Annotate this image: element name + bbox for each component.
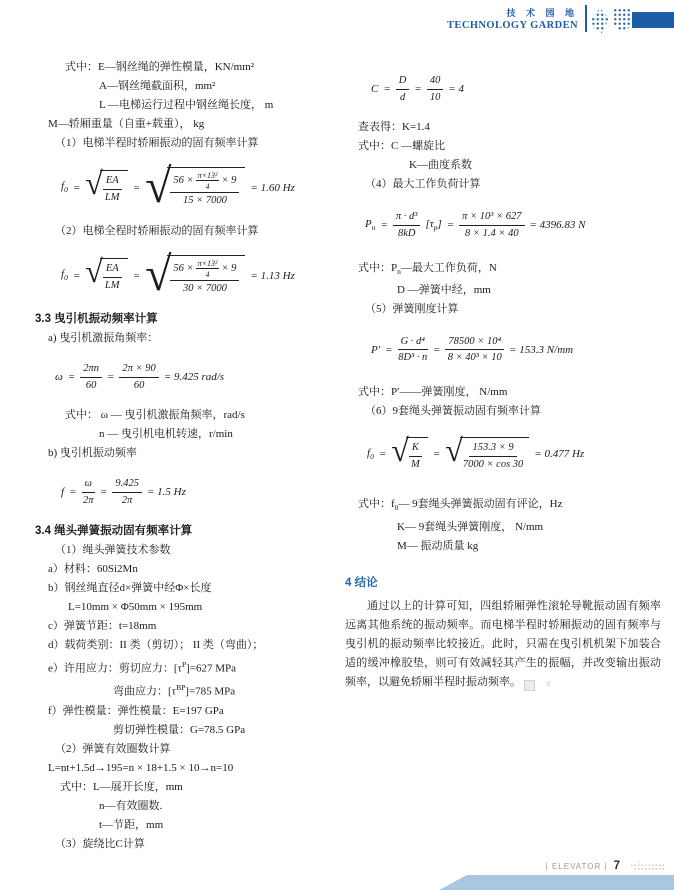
sqrt-term: EALM: [85, 258, 127, 292]
list-item: f）弹性模量：弹性模量：E=197 GPa: [48, 702, 340, 721]
symbol-note-line: D —弹簧中经，mm: [397, 281, 661, 300]
journal-name: | ELEVATOR |: [546, 862, 608, 871]
formula-car-full-frequency: f0 = EALM = 56 ×π×13²4× 930 × 7000 = 1.1…: [61, 255, 340, 296]
symbol-note-line: 式中：E—钢丝绳的弹性模量，KN/mm²: [65, 58, 340, 77]
symbol-note-line: A—钢丝绳截面积，mm²: [99, 77, 340, 96]
header-dots-icon: [591, 8, 631, 33]
fraction: 2π × 9060: [119, 362, 158, 392]
list-item: （2）电梯全程时轿厢振动的固有频率计算: [55, 222, 340, 241]
section-heading-conclusion: 4 结论: [345, 574, 661, 593]
equals-sign: =: [107, 371, 114, 383]
section-heading-3-3: 3.3 曳引机振动频率计算: [35, 310, 340, 329]
symbol-note-line: n—有效圈数.: [99, 797, 340, 816]
page-footer: | ELEVATOR | 7: [546, 860, 620, 872]
end-of-article-icon: [524, 680, 535, 691]
symbol-note-line: M—轿厢重量（自重+载重）， kg: [48, 115, 340, 134]
equals-sign: =: [68, 371, 75, 383]
equals-sign: =: [100, 486, 107, 498]
formula-lhs: C: [371, 83, 378, 95]
list-item: d）载荷类别：II 类（剪切）； II 类（弯曲）；: [48, 636, 340, 655]
bracket-term: [τp]: [425, 218, 441, 232]
list-item: （2）弹簧有效圈数计算: [55, 740, 340, 759]
text-line: 查表得：K=1.4: [358, 118, 661, 137]
sqrt-term: EALM: [85, 170, 127, 204]
list-item: （6）9套绳头弹簧振动固有频率计算: [365, 402, 661, 421]
fraction: G · d⁴8D³ · n: [398, 335, 428, 365]
section-title-cn: 技 术 园 地: [447, 6, 578, 19]
list-item: e）许用应力：剪切应力：[τP]=627 MPa: [48, 655, 340, 679]
list-item: a）材料：60Si2Mn: [48, 560, 340, 579]
list-item: （1）绳头弹簧技术参数: [55, 541, 340, 560]
fraction: 2πn60: [80, 362, 102, 392]
formula-spring-index: C = Dd = 4010 = 4: [371, 74, 661, 104]
symbol-note-line: 式中：Pn—最大工作负荷，N: [358, 259, 661, 281]
formula-spring-natural-frequency: f0 = KM = 153.3 × 97000 × cos 30 = 0.477…: [367, 437, 661, 471]
formula-lhs: f0: [61, 180, 68, 194]
left-column: 式中：E—钢丝绳的弹性模量，KN/mm² A—钢丝绳截面积，mm² L —电梯运…: [35, 58, 340, 854]
footer-dots-icon: [630, 860, 666, 872]
list-item: L=10mm × Φ50mm × 195mm: [68, 598, 340, 617]
symbol-note-line: 式中：P′——弹簧刚度， N/mm: [358, 383, 661, 402]
footer-accent-band: [439, 875, 674, 890]
symbol-note-line: 式中：C —螺旋比: [358, 137, 661, 156]
sqrt-term: 153.3 × 97000 × cos 30: [445, 437, 529, 471]
fraction: π · d³8kD: [393, 210, 421, 240]
formula-lhs: ω: [55, 371, 63, 383]
list-item: L=nt+1.5d→195=n × 18+1.5 × 10→n=10: [48, 759, 340, 778]
symbol-note-line: K— 9套绳头弹簧刚度， N/mm: [397, 518, 661, 537]
fraction: 9.4252π: [112, 477, 142, 507]
formula-result: = 1.60 Hz: [250, 182, 294, 194]
formula-result: = 153.3 N/mm: [509, 344, 573, 356]
formula-max-load: Pn = π · d³8kD [τp] = π × 10³ × 6278 × 1…: [365, 210, 661, 240]
fraction: 4010: [427, 74, 444, 104]
formula-result: = 1.13 Hz: [250, 270, 294, 282]
symbol-note-line: M— 振动质量 kg: [397, 537, 661, 556]
dot-cluster-icon: [591, 8, 609, 33]
symbol-note-line: 式中： ω — 曳引机激振角频率，rad/s: [65, 406, 340, 425]
formula-result: = 4396.83 N: [530, 219, 586, 231]
symbol-note-line: K—曲度系数: [409, 156, 661, 175]
equals-sign: =: [133, 182, 140, 194]
formula-traction-frequency: f = ω2π = 9.4252π = 1.5 Hz: [61, 477, 340, 507]
list-item: （1）电梯半程时轿厢振动的固有频率计算: [55, 134, 340, 153]
formula-lhs: P′: [371, 344, 380, 356]
formula-car-half-frequency: f0 = EALM = 56 ×π×13²4× 915 × 7000 = 1.6…: [61, 167, 340, 208]
formula-lhs: Pn: [365, 218, 375, 232]
formula-lhs: f0: [61, 268, 68, 282]
equals-sign: =: [383, 83, 390, 95]
header-flag-block: [632, 12, 674, 28]
list-item: b) 曳引机振动频率: [48, 444, 340, 463]
equals-sign: =: [433, 448, 440, 460]
formula-lhs: f: [61, 486, 64, 498]
fraction: π × 10³ × 6278 × 1.4 × 40: [459, 210, 524, 240]
dot-cluster-icon: [613, 8, 631, 33]
equals-sign: =: [380, 219, 387, 231]
list-item: b）钢丝绳直径d×弹簧中经Φ×长度: [48, 579, 340, 598]
equals-sign: =: [73, 182, 80, 194]
formula-result: = 9.425 rad/s: [164, 371, 224, 383]
fraction: 78500 × 10⁴8 × 40³ × 10: [445, 335, 504, 365]
section-title-en: TECHNOLOGY GARDEN: [447, 20, 578, 31]
list-item: （3）旋绕比C计算: [55, 835, 340, 854]
equals-sign: =: [414, 83, 421, 95]
list-item: （5）弹簧刚度计算: [365, 300, 661, 319]
equals-sign: =: [447, 219, 454, 231]
symbol-note-line: 式中：f0— 9套绳头弹簧振动固有评论，Hz: [358, 495, 661, 517]
formula-spring-stiffness: P′ = G · d⁴8D³ · n = 78500 × 10⁴8 × 40³ …: [371, 335, 661, 365]
sqrt-term: 56 ×π×13²4× 930 × 7000: [145, 255, 245, 296]
list-item: 弯曲应力：[τBP]=785 MPa: [113, 678, 340, 702]
sqrt-term: 56 ×π×13²4× 915 × 7000: [145, 167, 245, 208]
symbol-note-line: L —电梯运行过程中钢丝绳长度， m: [99, 96, 340, 115]
journal-section-banner: 技 术 园 地 TECHNOLOGY GARDEN: [447, 6, 578, 31]
header-divider-bar: [585, 5, 587, 32]
formula-result: = 1.5 Hz: [147, 486, 186, 498]
list-item: （4）最大工作负荷计算: [365, 175, 661, 194]
page-number: 7: [614, 860, 620, 872]
equals-sign: =: [385, 344, 392, 356]
equals-sign: =: [133, 270, 140, 282]
list-item: c）弹簧节距：t=18mm: [48, 617, 340, 636]
fraction: Dd: [396, 74, 410, 104]
conclusion-paragraph: 通过以上的计算可知，四组轿厢弹性滚轮导靴振动固有频率远离其他系统的振动频率。而电…: [345, 597, 661, 692]
symbol-note-line: t—节距，mm: [99, 816, 340, 835]
right-column: C = Dd = 4010 = 4 查表得：K=1.4 式中：C —螺旋比 K—…: [345, 58, 661, 692]
symbol-note-line: 式中：L—展开长度，mm: [60, 778, 340, 797]
formula-lhs: f0: [367, 447, 374, 461]
symbol-note-line: n — 曳引机电机转速，r/min: [99, 425, 340, 444]
sqrt-term: KM: [391, 437, 428, 471]
fraction: ω2π: [82, 477, 95, 507]
equals-sign: =: [69, 486, 76, 498]
list-item: 剪切弹性模量：G=78.5 GPa: [113, 721, 340, 740]
formula-result: = 4: [448, 83, 464, 95]
list-item: a) 曳引机激振角频率：: [48, 329, 340, 348]
equals-sign: =: [73, 270, 80, 282]
equals-sign: =: [379, 448, 386, 460]
section-heading-3-4: 3.4 绳头弹簧振动固有频率计算: [35, 522, 340, 541]
equals-sign: =: [433, 344, 440, 356]
formula-angular-frequency: ω = 2πn60 = 2π × 9060 = 9.425 rad/s: [55, 362, 340, 392]
formula-result: = 0.477 Hz: [534, 448, 584, 460]
